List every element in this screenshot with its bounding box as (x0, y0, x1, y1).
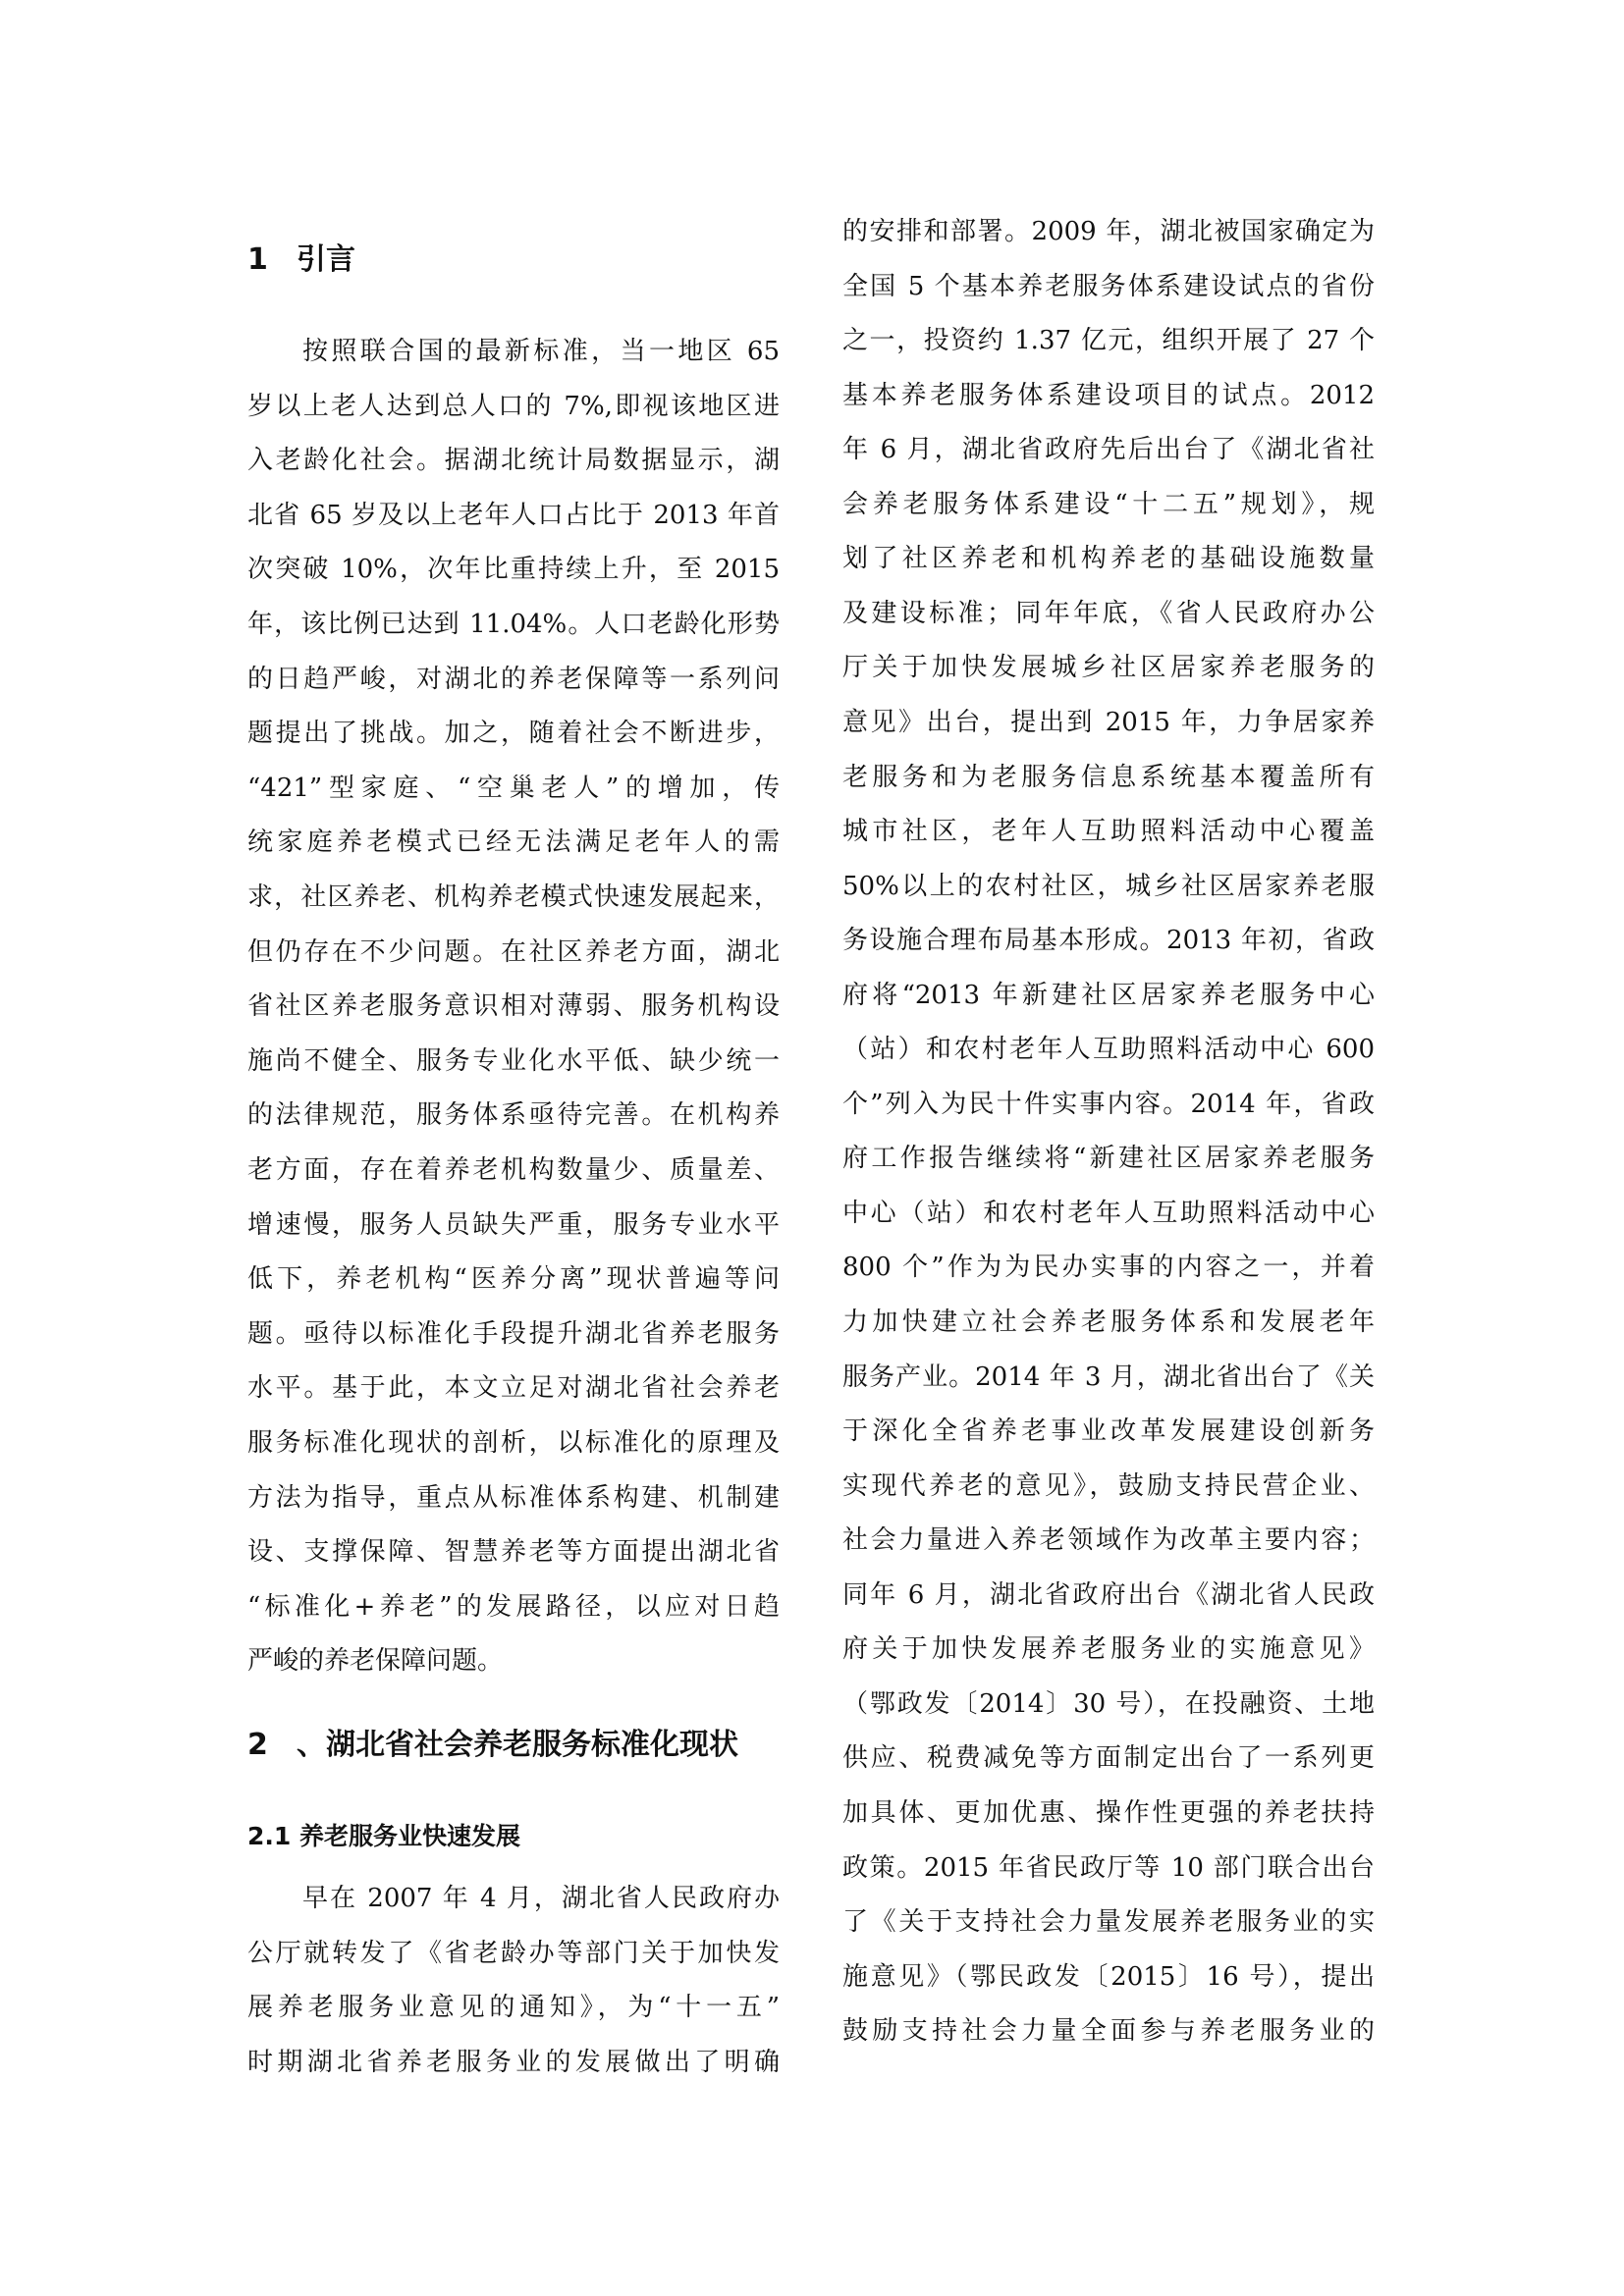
text-line: 年，该比例已达到 11.04%。人口老龄化形势 (247, 610, 780, 639)
text-line: 年 6 月，湖北省政府先后出台了《湖北省社 (842, 435, 1375, 464)
text-line: 同年 6 月，湖北省政府出台《湖北省人民政 (842, 1580, 1375, 1610)
text-line: （鄂政发〔2014〕30 号），在投融资、土地 (842, 1689, 1375, 1719)
text-line: 府工作报告继续将“新建社区居家养老服务 (842, 1144, 1375, 1173)
text-line: 供应、税费减免等方面制定出台了一系列更 (842, 1743, 1375, 1773)
text-line: 全国 5 个基本养老服务体系建设试点的省份 (842, 272, 1375, 301)
heading-title: 、湖北省社会养老服务标准化现状 (297, 1728, 738, 1762)
text-line: 施尚不健全、服务专业化水平低、缺少统一 (247, 1046, 780, 1076)
text-line: 题提出了挑战。加之，随着社会不断进步， (247, 719, 780, 748)
text-line: 展养老服务业意见的通知》，为“十一五” (247, 1993, 780, 2022)
section-heading-1: 1引言 (247, 243, 355, 277)
text-line: 划了社区养老和机构养老的基础设施数量 (842, 544, 1375, 573)
text-line: 800 个”作为为民办实事的内容之一，并着 (842, 1253, 1375, 1282)
text-line: 的法律规范，服务体系亟待完善。在机构养 (247, 1100, 780, 1130)
text-line: 按照联合国的最新标准，当一地区 65 (247, 337, 780, 366)
text-line: 入老龄化社会。据湖北统计局数据显示，湖 (247, 446, 780, 475)
text-line: 力加快建立社会养老服务体系和发展老年 (842, 1308, 1375, 1337)
subsection-heading-2-1: 2.1 养老服务业快速发展 (247, 1822, 520, 1851)
text-line: 增速慢，服务人员缺失严重，服务专业水平 (247, 1210, 780, 1240)
text-line: 公厅就转发了《省老龄办等部门关于加快发 (247, 1939, 780, 1968)
text-line: 时期湖北省养老服务业的发展做出了明确 (247, 2048, 780, 2077)
text-line: 求，社区养老、机构养老模式快速发展起来， (247, 882, 780, 912)
heading-title: 引言 (297, 242, 355, 277)
section-heading-2: 2、湖北省社会养老服务标准化现状 (247, 1729, 738, 1762)
text-line: 但仍存在不少问题。在社区养老方面，湖北 (247, 937, 780, 967)
text-line: 设、支撑保障、智慧养老等方面提出湖北省 (247, 1537, 780, 1567)
text-line: 之一，投资约 1.37 亿元，组织开展了 27 个 (842, 326, 1375, 355)
text-line: 的日趋严峻，对湖北的养老保障等一系列问 (247, 665, 780, 694)
text-line: 服务产业。2014 年 3 月，湖北省出台了《关 (842, 1362, 1375, 1392)
text-line: 鼓励支持社会力量全面参与养老服务业的 (842, 2016, 1375, 2046)
text-line: 于深化全省养老事业改革发展建设创新务 (842, 1416, 1375, 1446)
text-line: “标准化+养老”的发展路径，以应对日趋 (247, 1592, 780, 1622)
text-line: （站）和农村老年人互助照料活动中心 600 (842, 1035, 1375, 1064)
text-line: 水平。基于此，本文立足对湖北省社会养老 (247, 1373, 780, 1403)
text-line: 省社区养老服务意识相对薄弱、服务机构设 (247, 991, 780, 1021)
text-line: 政策。2015 年省民政厅等 10 部门联合出台 (842, 1853, 1375, 1883)
text-line: 的安排和部署。2009 年，湖北被国家确定为 (842, 217, 1375, 246)
text-line: 个”列入为民十件实事内容。2014 年，省政 (842, 1090, 1375, 1119)
text-line: 府关于加快发展养老服务业的实施意见》 (842, 1634, 1375, 1664)
text-line: 加具体、更加优惠、操作性更强的养老扶持 (842, 1798, 1375, 1828)
heading-number: 1 (247, 243, 297, 277)
text-line: 意见》出台，提出到 2015 年，力争居家养 (842, 708, 1375, 737)
text-line: 基本养老服务体系建设项目的试点。2012 (842, 381, 1375, 410)
text-line: 低下，养老机构“医养分离”现状普遍等问 (247, 1264, 780, 1294)
text-line: 老服务和为老服务信息系统基本覆盖所有 (842, 763, 1375, 792)
text-line: 老方面，存在着养老机构数量少、质量差、 (247, 1155, 780, 1185)
text-line: 务设施合理布局基本形成。2013 年初，省政 (842, 926, 1375, 955)
text-line: 次突破 10%，次年比重持续上升，至 2015 (247, 555, 780, 584)
text-line: 了《关于支持社会力量发展养老服务业的实 (842, 1907, 1375, 1937)
text-line: 中心（站）和农村老年人互助照料活动中心 (842, 1199, 1375, 1228)
text-line: 府将“2013 年新建社区居家养老服务中心 (842, 981, 1375, 1010)
text-line: 施意见》（鄂民政发〔2015〕16 号），提出 (842, 1962, 1375, 1992)
text-line: 会养老服务体系建设“十二五”规划》，规 (842, 490, 1375, 519)
text-line: 社会力量进入养老领域作为改革主要内容； (842, 1525, 1375, 1555)
text-line: 城市社区，老年人互助照料活动中心覆盖 (842, 817, 1375, 846)
text-line: 严峻的养老保障问题。 (247, 1646, 780, 1676)
text-line: 厅关于加快发展城乡社区居家养老服务的 (842, 653, 1375, 682)
text-line: 方法为指导，重点从标准体系构建、机制建 (247, 1483, 780, 1513)
text-line: 服务标准化现状的剖析，以标准化的原理及 (247, 1428, 780, 1458)
text-line: 北省 65 岁及以上老年人口占比于 2013 年首 (247, 501, 780, 530)
text-line: 统家庭养老模式已经无法满足老年人的需 (247, 828, 780, 857)
text-line: 实现代养老的意见》，鼓励支持民营企业、 (842, 1471, 1375, 1501)
text-line: 早在 2007 年 4 月，湖北省人民政府办 (247, 1884, 780, 1913)
text-line: 50%以上的农村社区，城乡社区居家养老服 (842, 872, 1375, 901)
text-line: 题。亟待以标准化手段提升湖北省养老服务 (247, 1319, 780, 1349)
text-line: 及建设标准；同年年底，《省人民政府办公 (842, 599, 1375, 628)
text-line: 岁以上老人达到总人口的 7%,即视该地区进 (247, 392, 780, 421)
text-line: “421”型家庭、“空巢老人”的增加，传 (247, 774, 780, 803)
heading-number: 2 (247, 1729, 297, 1762)
